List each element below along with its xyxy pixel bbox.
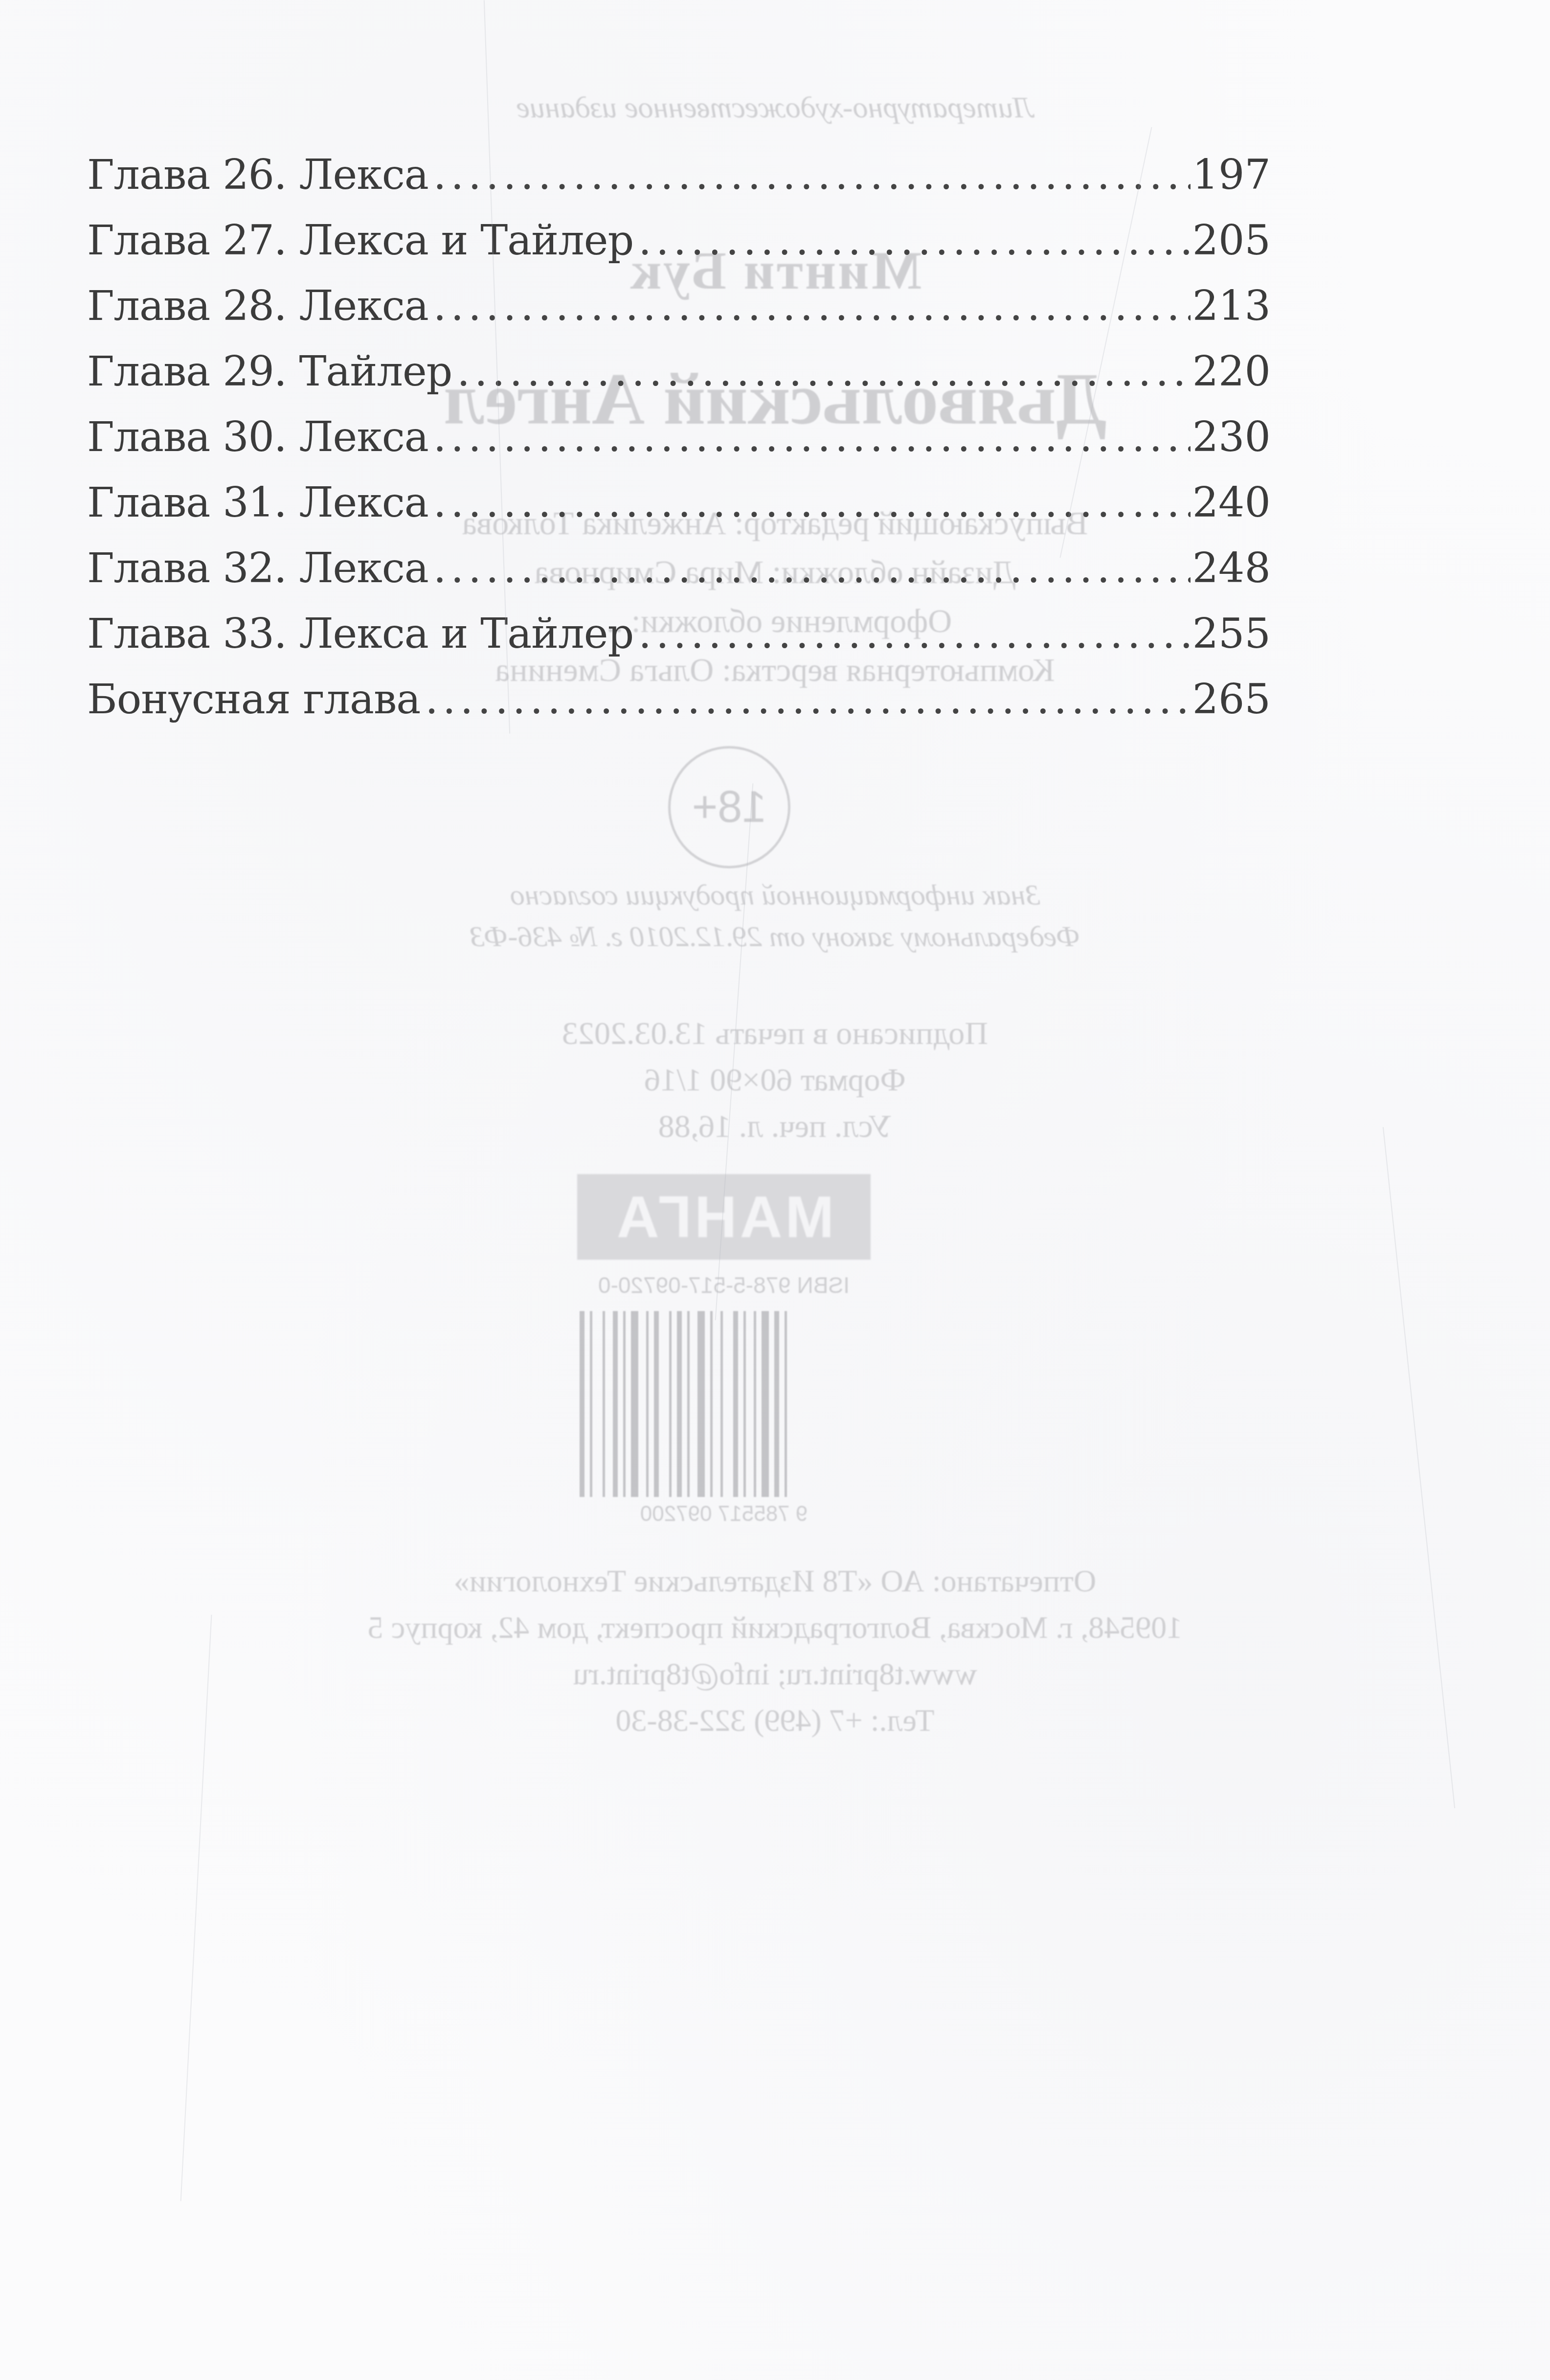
toc-entry-title: Глава 30. Лекса (87, 404, 428, 470)
toc-entry-title: Глава 32. Лекса (87, 535, 428, 601)
publisher-logo: МАНГА (577, 1174, 871, 1260)
toc-dot-leader (638, 207, 1190, 273)
toc-entry-page: 213 (1192, 273, 1271, 339)
bleed-print-detail: Усл. печ. л. 16,88 (0, 1108, 1550, 1145)
toc-entry-page: 240 (1192, 470, 1271, 535)
barcode-digits: 9 785517 097200 (577, 1502, 871, 1526)
paper-fibre (1383, 1127, 1455, 1809)
bleed-age-notice: Знак информационной продукции согласно (0, 878, 1550, 912)
toc-entry: Бонусная глава 265 (87, 666, 1271, 732)
toc-entry-page: 248 (1192, 535, 1271, 601)
toc-entry-page: 255 (1192, 601, 1271, 666)
toc-entry-page: 220 (1192, 339, 1271, 404)
toc-entry-title: Глава 33. Лекса и Тайлер (87, 601, 633, 666)
toc-dot-leader (433, 273, 1191, 339)
publisher-logo-text: МАНГА (614, 1183, 834, 1251)
toc-entry: Глава 29. Тайлер 220 (87, 339, 1271, 404)
table-of-contents: Глава 26. Лекса 197 Глава 27. Лекса и Та… (87, 142, 1271, 732)
bleed-age-notice: Федеральному закону от 29.12.2010 г. № 4… (0, 920, 1550, 953)
paper-fibre (180, 1615, 212, 2201)
toc-entry-title: Бонусная глава (87, 666, 420, 732)
toc-entry: Глава 32. Лекса 248 (87, 535, 1271, 601)
book-page: Литературно-художественное издание Минти… (0, 0, 1550, 2380)
bleed-printer-line: 109548, г. Москва, Волгоградский проспек… (0, 1609, 1550, 1646)
bleed-printer-line: www.t8print.ru; info@t8print.ru (0, 1656, 1550, 1692)
toc-entry-page: 205 (1192, 207, 1271, 273)
bleed-series-label: Литературно-художественное издание (0, 91, 1550, 125)
toc-dot-leader (433, 404, 1191, 470)
bleed-print-detail: Формат 60×90 1/16 (0, 1062, 1550, 1099)
toc-entry-title: Глава 28. Лекса (87, 273, 428, 339)
bleed-printer-line: Отпечатано: АО «Т8 Издательские Технолог… (0, 1563, 1550, 1599)
toc-entry: Глава 27. Лекса и Тайлер 205 (87, 207, 1271, 273)
barcode-icon (580, 1311, 849, 1497)
toc-entry: Глава 33. Лекса и Тайлер 255 (87, 601, 1271, 666)
toc-dot-leader (433, 142, 1191, 207)
toc-dot-leader (433, 535, 1191, 601)
toc-dot-leader (457, 339, 1190, 404)
toc-entry-page: 197 (1192, 142, 1271, 207)
toc-entry-page: 230 (1192, 404, 1271, 470)
isbn-text: ISBN 978-5-517-09720-0 (577, 1272, 871, 1298)
toc-entry: Глава 30. Лекса 230 (87, 404, 1271, 470)
toc-entry-page: 265 (1192, 666, 1271, 732)
toc-dot-leader (425, 666, 1190, 732)
bleed-printer-line: Тел.: +7 (499) 322-38-30 (0, 1702, 1550, 1739)
toc-entry: Глава 28. Лекса 213 (87, 273, 1271, 339)
toc-entry-title: Глава 26. Лекса (87, 142, 428, 207)
toc-dot-leader (433, 470, 1191, 535)
toc-entry-title: Глава 27. Лекса и Тайлер (87, 207, 633, 273)
age-rating-text: 18+ (692, 782, 767, 833)
toc-dot-leader (638, 601, 1190, 666)
toc-entry: Глава 31. Лекса 240 (87, 470, 1271, 535)
toc-entry-title: Глава 29. Тайлер (87, 339, 452, 404)
age-rating-badge-icon: 18+ (668, 746, 790, 868)
toc-entry-title: Глава 31. Лекса (87, 470, 428, 535)
bleed-print-detail: Подписано в печать 13.03.2023 (0, 1015, 1550, 1052)
toc-entry: Глава 26. Лекса 197 (87, 142, 1271, 207)
